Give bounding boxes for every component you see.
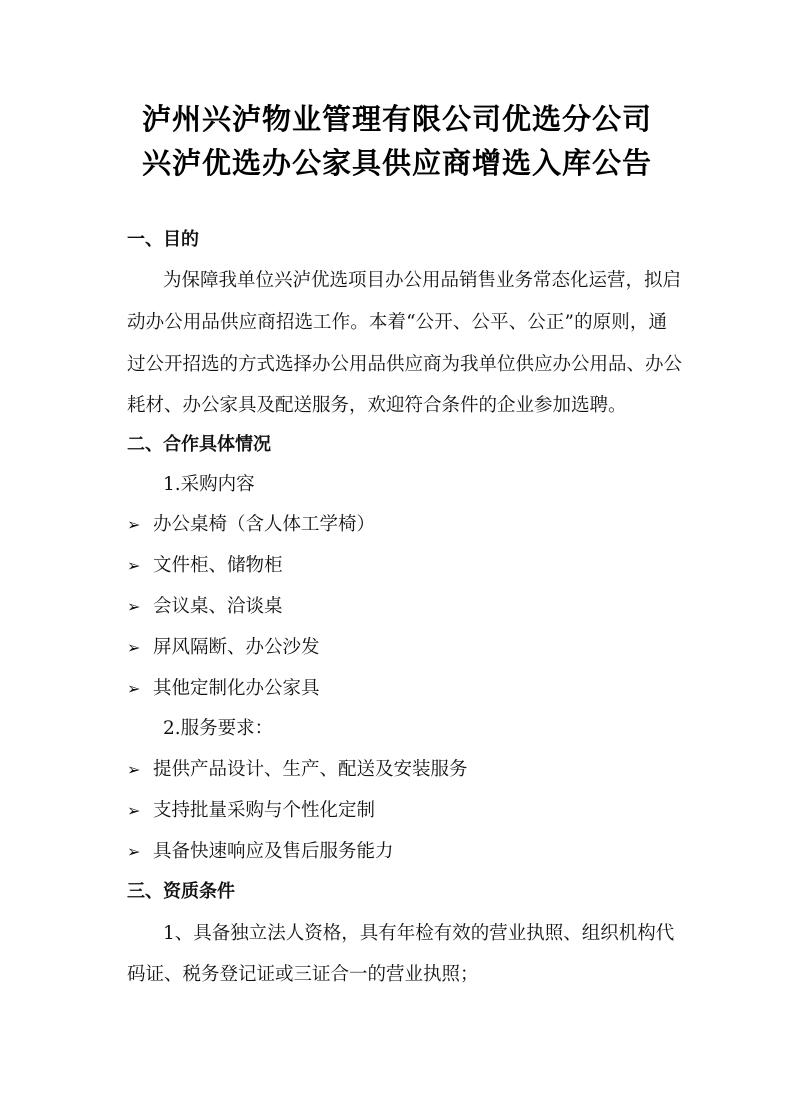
list-item: ➢支持批量采购与个性化定制 [127, 798, 375, 824]
document-title-line-2: 兴泸优选办公家具供应商增选入库公告 [0, 143, 794, 183]
paragraph-line: 过公开招选的方式选择办公用品供应商为我单位供应办公用品、办公 [127, 352, 667, 378]
list-item: ➢屏风隔断、办公沙发 [127, 635, 320, 661]
paragraph-line: 动办公用品供应商招选工作。本着“公开、公平、公正”的原则，通 [127, 310, 667, 336]
section-heading-cooperation: 二、合作具体情况 [127, 432, 271, 458]
subsection-label-procurement: 1.采购内容 [163, 472, 255, 498]
paragraph-line: 为保障我单位兴泸优选项目办公用品销售业务常态化运营，拟启 [163, 268, 667, 294]
section-heading-qualifications: 三、资质条件 [127, 879, 235, 905]
arrow-bullet-icon: ➢ [127, 553, 153, 579]
document-title-line-1: 泸州兴泸物业管理有限公司优选分公司 [0, 99, 794, 139]
arrow-bullet-icon: ➢ [127, 594, 153, 620]
list-item-text: 会议桌、洽谈桌 [153, 596, 283, 617]
list-item-text: 其他定制化办公家具 [153, 678, 320, 699]
list-item: ➢具备快速响应及售后服务能力 [127, 839, 394, 865]
list-item: ➢办公桌椅（含人体工学椅） [127, 512, 375, 538]
list-item-text: 文件柜、储物柜 [153, 555, 283, 576]
paragraph-line: 码证、税务登记证或三证合一的营业执照； [127, 962, 479, 988]
arrow-bullet-icon: ➢ [127, 635, 153, 661]
list-item: ➢提供产品设计、生产、配送及安装服务 [127, 757, 468, 783]
arrow-bullet-icon: ➢ [127, 757, 153, 783]
list-item: ➢其他定制化办公家具 [127, 676, 320, 702]
list-item-text: 办公桌椅（含人体工学椅） [153, 514, 375, 535]
list-item-text: 提供产品设计、生产、配送及安装服务 [153, 759, 468, 780]
paragraph-line: 耗材、办公家具及配送服务，欢迎符合条件的企业参加选聘。 [127, 393, 627, 419]
list-item: ➢会议桌、洽谈桌 [127, 594, 283, 620]
list-item: ➢文件柜、储物柜 [127, 553, 283, 579]
arrow-bullet-icon: ➢ [127, 512, 153, 538]
section-heading-purpose: 一、目的 [127, 227, 199, 253]
arrow-bullet-icon: ➢ [127, 839, 153, 865]
arrow-bullet-icon: ➢ [127, 676, 153, 702]
list-item-text: 具备快速响应及售后服务能力 [153, 841, 394, 862]
paragraph-line: 1、具备独立法人资格，具有年检有效的营业执照、组织机构代 [163, 921, 667, 947]
arrow-bullet-icon: ➢ [127, 798, 153, 824]
subsection-label-service: 2.服务要求： [163, 716, 273, 742]
list-item-text: 支持批量采购与个性化定制 [153, 800, 375, 821]
list-item-text: 屏风隔断、办公沙发 [153, 637, 320, 658]
